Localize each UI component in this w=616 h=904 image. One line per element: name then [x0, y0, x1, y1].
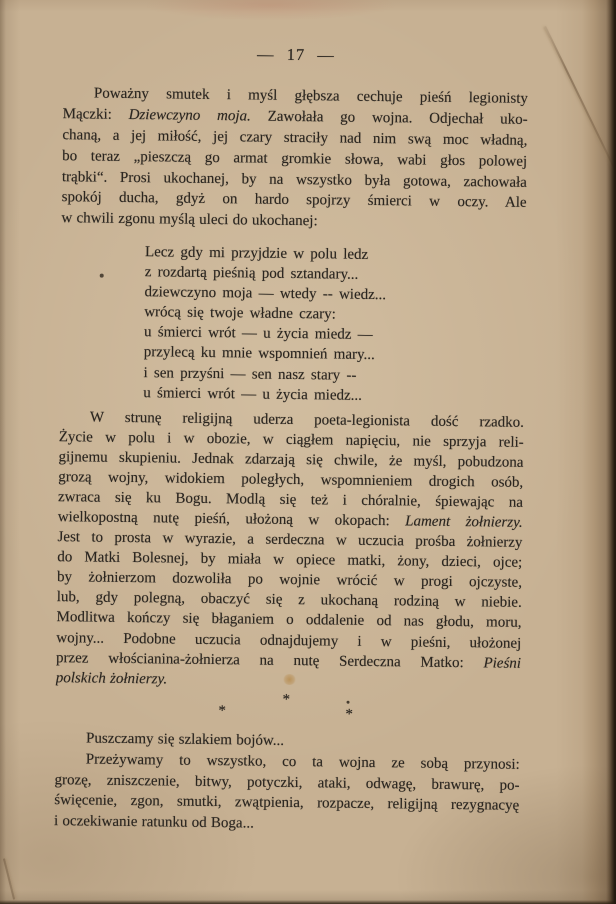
poem-quote: Lecz gdy mi przyjdzie w polu ledzz rozda… — [143, 242, 465, 407]
page-content: — 17 — Poważny smutek i myśl głębsza cec… — [0, 0, 616, 904]
text-segment: u śmierci wrót — u życia miedz... — [143, 385, 362, 404]
text-segment: dziewczyno moja — wtedy -- wiedz... — [144, 284, 386, 303]
page-edge-shadow-bottom — [0, 900, 616, 904]
text-segment: i oczekiwanie ratunku od Boga... — [54, 813, 254, 831]
text-segment: i sen przyśni — sen nasz stary -- — [143, 365, 356, 384]
text-segment: Puszczamy się szlakiem bojów... — [86, 730, 284, 748]
italic-text-segment: polskich żołnierzy. — [56, 670, 168, 687]
text-segment: chaną, a jej miłość, jej czary straciły … — [62, 127, 527, 149]
text-segment: Mączki: — [63, 106, 129, 123]
text-segment: z rozdartą pieśnią pod sztandary... — [145, 264, 359, 283]
page-number: — 17 — — [63, 42, 528, 68]
italic-text-segment: Lament żołnierzy. — [405, 514, 523, 531]
text-segment: w chwili zgonu myślą uleci do ukochanej: — [61, 211, 317, 230]
text-line: u śmierci wrót — u życia miedz... — [143, 383, 463, 407]
text-segment: grozę, zniszczenie, bitwy, potyczki, ata… — [54, 772, 519, 794]
text-segment: u śmierci wrót — u życia miedz — — [144, 325, 373, 344]
asterism-star-right: * — [345, 707, 353, 724]
ink-dot — [347, 701, 350, 704]
text-segment: Lecz gdy mi przyjdzie w polu ledz — [145, 244, 368, 263]
text-segment: trąbki“. Prosi ukochanej, by na wszystko… — [62, 169, 527, 191]
text-segment: Poważny smutek i myśl głębsza cechuje pi… — [94, 86, 528, 107]
asterism-star-left: * — [218, 703, 226, 720]
text-segment: wielkopostną nutę pieśń, ułożoną w okopa… — [58, 509, 406, 529]
page-edge-shadow-right — [606, 0, 616, 904]
paragraph-intro: Poważny smutek i myśl głębsza cechuje pi… — [61, 83, 528, 235]
italic-text-segment: Dziewczyno moja. — [129, 107, 251, 124]
text-segment: spokój ducha, gdyż on hardo spojrzy śmie… — [62, 190, 527, 212]
ink-speck — [100, 274, 104, 278]
book-page-scan: — 17 — Poważny smutek i myśl głębsza cec… — [0, 0, 616, 904]
text-segment: wrócą się twoje władne czary: — [144, 304, 336, 322]
paragraph-religious: W strunę religijną uderza poeta-legionis… — [56, 407, 524, 693]
text-segment: święcenie, zgon, smutki, zwątpienia, roz… — [54, 793, 519, 815]
text-segment: przylecą ku mnie wspomnień mary... — [144, 345, 375, 364]
asterism-star-top: * — [282, 692, 290, 709]
paragraph-closing: Puszczamy się szlakiem bojów...Przeżywam… — [54, 728, 520, 838]
italic-text-segment: Pieśni — [483, 655, 521, 671]
text-segment: Zawołała go wojna. Odjechał uko- — [251, 108, 528, 127]
text-segment: przez włościanina-żołnierza na nutę Serd… — [56, 650, 484, 671]
paper-stain — [283, 674, 296, 685]
text-segment: bo teraz „pieszczą go armat gromkie słow… — [62, 148, 527, 170]
text-segment: Przeżywamy to wszystko, co ta wojna ze s… — [86, 751, 520, 772]
